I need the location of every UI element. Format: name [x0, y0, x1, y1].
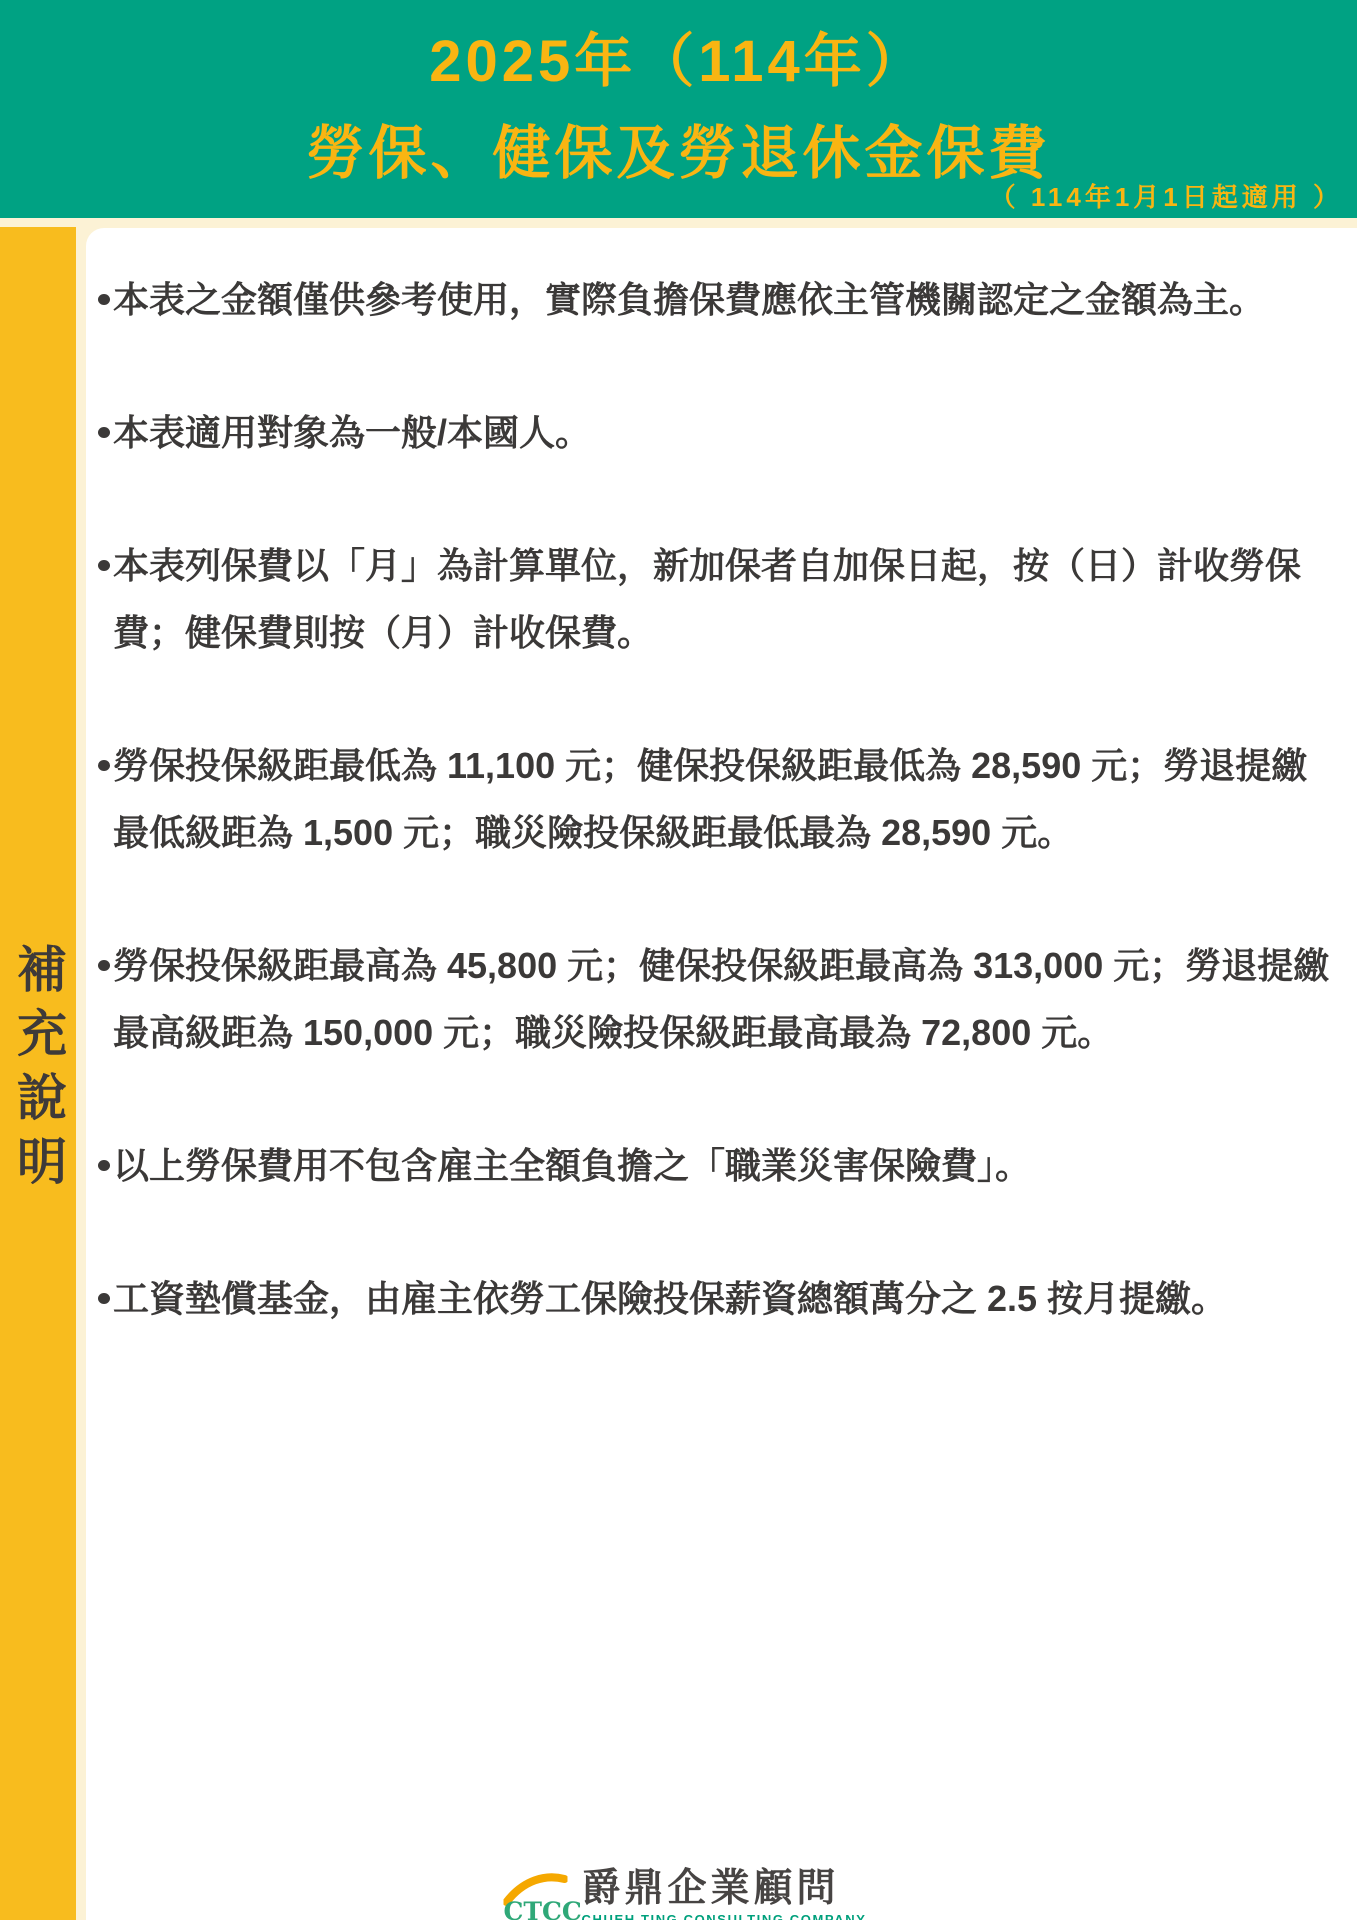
note-text: 勞保投保級距最高為 45,800 元；健保投保級距最高為 313,000 元；勞… [113, 945, 1329, 1053]
note-text: 工資墊償基金，由雇主依勞工保險投保薪資總額萬分之 2.5 按月提繳。 [113, 1278, 1227, 1319]
note-item: 工資墊償基金，由雇主依勞工保險投保薪資總額萬分之 2.5 按月提繳。 [86, 1265, 1335, 1332]
note-item: 本表之金額僅供參考使用，實際負擔保費應依主管機關認定之金額為主。 [86, 266, 1335, 333]
ctcc-logo-icon: CTCC [504, 1870, 568, 1920]
bullet-icon [98, 560, 110, 571]
bullet-icon [98, 427, 110, 438]
company-name-en: CHUEH TING CONSULTING COMPANY [582, 1913, 867, 1920]
note-text: 本表之金額僅供參考使用，實際負擔保費應依主管機關認定之金額為主。 [113, 279, 1265, 320]
bullet-icon [98, 1160, 110, 1171]
effective-date-note: （ 114年1月1日起適用 ） [990, 177, 1343, 214]
notes-panel: 本表之金額僅供參考使用，實際負擔保費應依主管機關認定之金額為主。 本表適用對象為… [86, 228, 1357, 1920]
logo-mark-text: CTCC [504, 1899, 568, 1920]
note-item: 勞保投保級距最低為 11,100 元；健保投保級距最低為 28,590 元；勞退… [86, 732, 1335, 866]
page-title: 2025年（114年） 勞保、健保及勞退休金保費 [0, 0, 1357, 200]
company-names: 爵鼎企業顧問 CHUEH TING CONSULTING COMPANY [582, 1869, 867, 1920]
note-item: 本表列保費以「月」為計算單位，新加保者自加保日起，按（日）計收勞保費；健保費則按… [86, 532, 1335, 666]
bullet-icon [98, 760, 110, 771]
notes-list: 本表之金額僅供參考使用，實際負擔保費應依主管機關認定之金額為主。 本表適用對象為… [86, 228, 1357, 1332]
sidebar-label: 補充說明 [13, 943, 63, 1199]
note-item: 以上勞保費用不包含雇主全額負擔之「職業災害保險費」。 [86, 1132, 1335, 1199]
note-text: 本表列保費以「月」為計算單位，新加保者自加保日起，按（日）計收勞保費；健保費則按… [113, 545, 1301, 653]
note-text: 勞保投保級距最低為 11,100 元；健保投保級距最低為 28,590 元；勞退… [113, 745, 1307, 853]
page-title-line1: 2025年（114年） [0, 16, 1357, 108]
company-logo: CTCC 爵鼎企業顧問 CHUEH TING CONSULTING COMPAN… [504, 1869, 867, 1920]
bullet-icon [98, 960, 110, 971]
bullet-icon [98, 1293, 110, 1304]
note-item: 本表適用對象為一般/本國人。 [86, 399, 1335, 466]
sidebar: 補充說明 [0, 227, 76, 1920]
header-banner: 2025年（114年） 勞保、健保及勞退休金保費 （ 114年1月1日起適用 ） [0, 0, 1357, 218]
note-text: 以上勞保費用不包含雇主全額負擔之「職業災害保險費」。 [113, 1145, 1031, 1186]
note-text: 本表適用對象為一般/本國人。 [113, 412, 591, 453]
company-name-zh: 爵鼎企業顧問 [582, 1869, 867, 1910]
note-item: 勞保投保級距最高為 45,800 元；健保投保級距最高為 313,000 元；勞… [86, 932, 1335, 1066]
bullet-icon [98, 294, 110, 305]
